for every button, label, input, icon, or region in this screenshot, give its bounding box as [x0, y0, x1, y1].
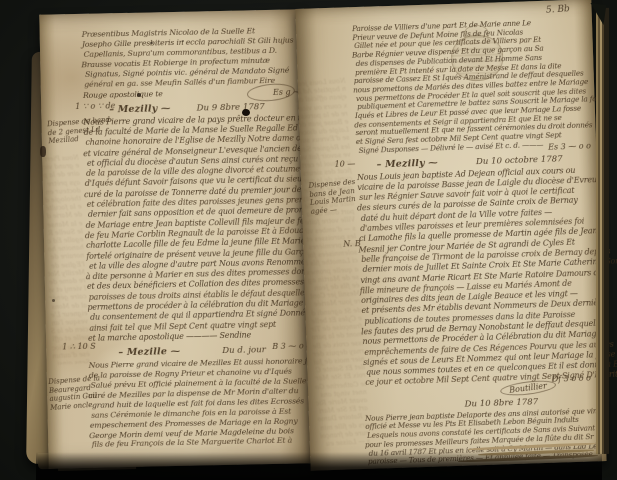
margin-note: Dispense de bandde 2 genest LdMezillad [47, 116, 112, 146]
ink-spot [52, 299, 55, 302]
right-page-text-column: Paroisse de Villiers d'une part Et de Ma… [352, 17, 599, 466]
marriage-act-paragraph: Nous Pierre grand vicaire de Mezilles Et… [89, 357, 307, 451]
page-corner-fold [588, 3, 607, 25]
marriage-act-paragraph: Nous Pierre grand vicaire de la pays prê… [83, 113, 304, 344]
section-heading: – Mezille ⁓ [118, 346, 180, 358]
section-date: Du 10 octobre 1787 [476, 154, 563, 167]
left-page: Nous Pierre grand vicaire de la pays prê… [39, 9, 310, 468]
marriage-act-paragraph: Nous Louis jean baptiste Ad Dejean offic… [357, 165, 596, 389]
section-heading: – Mezilly ⁓ [376, 157, 438, 170]
ink-spot [150, 42, 153, 44]
ink-bleed-through: Nous Pierre grand vicaire de la pays prê… [41, 153, 91, 365]
folio-number: 5. Bb [546, 4, 570, 16]
right-page: Nous Louis jean baptiste Ad Dejean offic… [295, 0, 606, 471]
margin-note: Dispense de laBeauregardaugustin GuilMar… [48, 374, 102, 412]
ink-spot [182, 40, 184, 42]
ink-spot [40, 146, 46, 157]
margin-nb-mark: N. B [343, 239, 361, 249]
fee-notation: Es 3 ⁓ o o [548, 141, 591, 151]
section-date: Du 9 8bre 1787 [197, 102, 265, 113]
ink-spot [242, 109, 250, 116]
margin-fee-mark: 1 ∵ o ∵ de [75, 101, 115, 111]
page-stack-fore-edge [596, 8, 609, 454]
margin-page-mark: 1 ∴ 10 S [62, 342, 96, 352]
book-bottom-shadow [36, 452, 602, 480]
ink-spot [137, 93, 141, 97]
fee-notation: B 3 ⁓ o o [272, 341, 311, 351]
margin-page-mark: 10 — [334, 159, 355, 169]
fee-notation: Df 3 o o o [552, 373, 591, 383]
margin-note: Dispense desbans de JeanLouis Martinagée… [308, 178, 358, 216]
section-heading: – Mezilly ⁓ [109, 103, 171, 115]
manuscript-scan: Nous Pierre grand vicaire de la pays prê… [0, 0, 617, 480]
section-date: Du d. jour [222, 345, 266, 356]
continuation-paragraph: Paroisse de Villiers d'une part Et de Ma… [352, 17, 588, 155]
